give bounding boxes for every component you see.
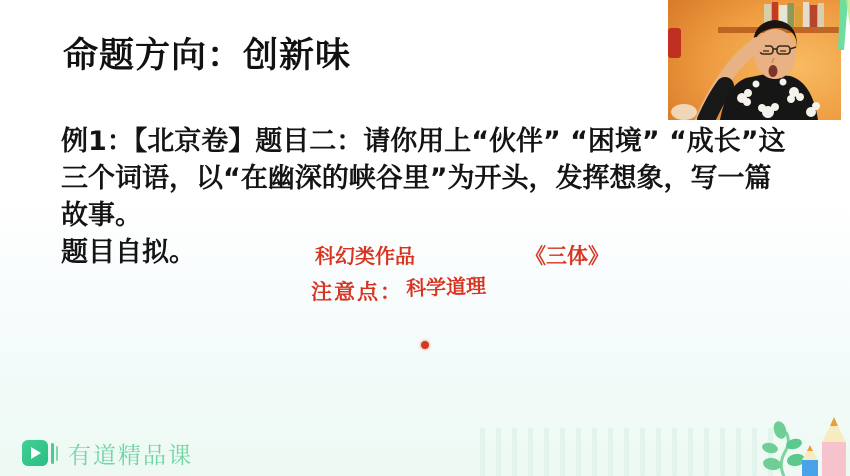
body-line-2: 三个词语，以“在幽深的峡谷里”为开头，发挥想象，写一篇故事。 [61,160,791,234]
footer-decorations [758,414,850,476]
green-corner-accent [836,0,850,58]
instructor-mouth [769,65,778,77]
instructor-webcam-video [668,0,841,120]
annotation-note-label: 注意点： [311,276,403,306]
red-dot-marker [421,341,429,349]
body-line-1: 例1：【北京卷】题目二：请你用上“伙伴” “困境” “成长”这 [61,123,791,160]
lecture-slide: 命题方向：创新味 例1：【北京卷】题目二：请你用上“伙伴” “困境” “成长”这… [0,0,850,476]
slide-title: 命题方向：创新味 [63,28,351,78]
brand-watermark: 有道精品课 [22,438,193,468]
body-line-3: 题目自拟。 [61,234,791,271]
instructor-illustration [668,0,841,120]
annotation-book-title: 《三体》 [525,240,609,270]
footer-stripe-pattern [480,428,780,476]
play-icon [22,439,60,467]
annotation-genre: 科幻类作品 [315,240,415,269]
plant-icon [761,420,806,476]
instructor-hand [749,37,765,53]
pencil-large-icon [822,417,846,476]
brand-name: 有道精品课 [68,437,193,470]
annotation-note-value: 科学道理 [406,270,487,302]
slide-body: 例1：【北京卷】题目二：请你用上“伙伴” “困境” “成长”这 三个词语，以“在… [61,123,791,271]
pencil-small-icon [802,445,818,476]
